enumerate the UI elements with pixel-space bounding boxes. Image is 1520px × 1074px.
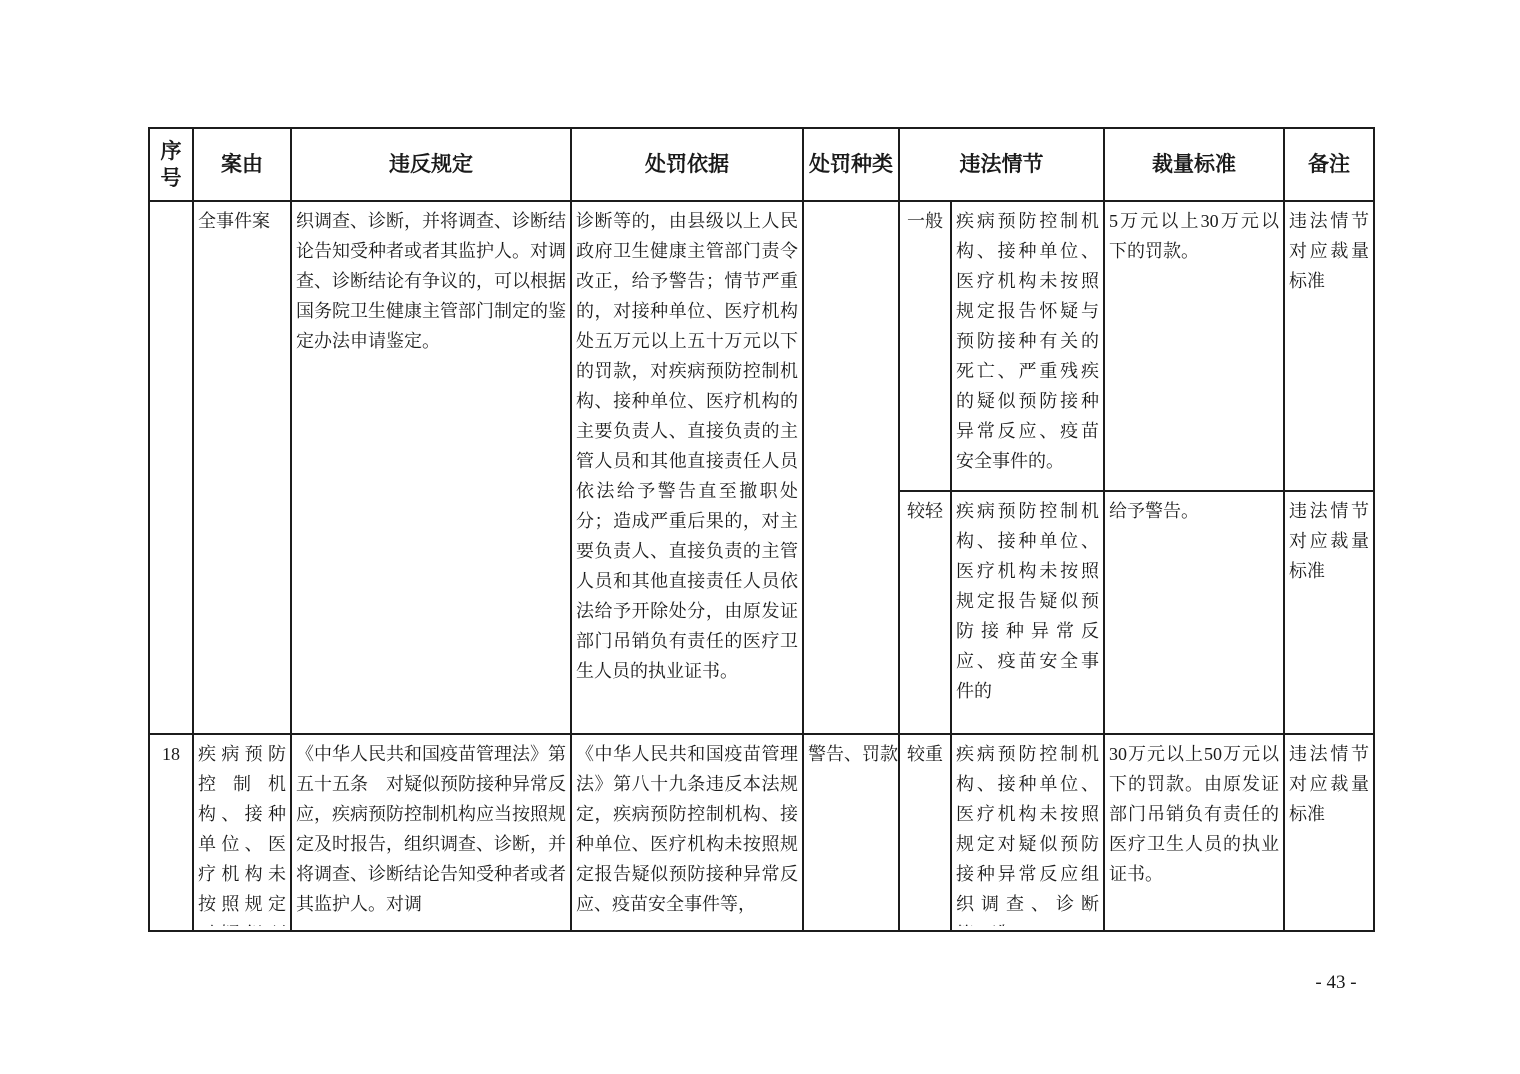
cell-penalty-type-r18: 警告、罚款 (803, 734, 899, 931)
cell-penalty-basis-r18: 《中华人民共和国疫苗管理法》第八十九条违反本法规定，疾病预防控制机构、接种单位、… (571, 734, 803, 931)
circumstance-text: 疾病预防控制机构、接种单位、医疗机构未按照规定对疑似预防接种异常反应组织调查、诊… (956, 739, 1099, 926)
col-header-penalty-basis: 处罚依据 (571, 128, 803, 201)
col-header-remarks: 备注 (1284, 128, 1374, 201)
cell-grade-r1a: 一般 (899, 201, 951, 491)
table-header-row: 序号 案由 违反规定 处罚依据 处罚种类 违法情节 裁量标准 备注 (149, 128, 1374, 201)
cell-serial-no-r18: 18 (149, 734, 193, 931)
cell-circumstance-r1a: 疾病预防控制机构、接种单位、医疗机构未按照规定报告怀疑与预防接种有关的死亡、严重… (951, 201, 1104, 491)
cell-circumstance-r18: 疾病预防控制机构、接种单位、医疗机构未按照规定对疑似预防接种异常反应组织调查、诊… (951, 734, 1104, 931)
cell-standard-r18: 30万元以上50万元以下的罚款。由原发证部门吊销负有责任的医疗卫生人员的执业证书… (1104, 734, 1284, 931)
table-row-continued-general: 全事件案 织调查、诊断，并将调查、诊断结论告知受种者或者其监护人。对调查、诊断结… (149, 201, 1374, 491)
cell-penalty-type-r1 (803, 201, 899, 734)
cell-violated-provision-r1: 织调查、诊断，并将调查、诊断结论告知受种者或者其监护人。对调查、诊断结论有争议的… (291, 201, 571, 734)
penalty-basis-text: 诊断等的，由县级以上人民政府卫生健康主管部门责令改正，给予警告；情节严重的，对接… (576, 206, 798, 686)
col-header-case-cause: 案由 (193, 128, 291, 201)
case-cause-text: 疾病预防控制机构、接种单位、医疗机构未按照规定对疑似预防接种 (198, 739, 286, 926)
cell-standard-r1a: 5万元以上30万元以下的罚款。 (1104, 201, 1284, 491)
penalty-basis-text: 《中华人民共和国疫苗管理法》第八十九条违反本法规定，疾病预防控制机构、接种单位、… (576, 739, 798, 919)
document-page: 序号 案由 违反规定 处罚依据 处罚种类 违法情节 裁量标准 备注 全事件案 织… (0, 0, 1520, 1074)
violated-provision-text: 《中华人民共和国疫苗管理法》第五十五条 对疑似预防接种异常反应，疾病预防控制机构… (296, 739, 566, 919)
table-row-18: 18 疾病预防控制机构、接种单位、医疗机构未按照规定对疑似预防接种 《中华人民共… (149, 734, 1374, 931)
col-header-penalty-type: 处罚种类 (803, 128, 899, 201)
cell-case-cause-r18: 疾病预防控制机构、接种单位、医疗机构未按照规定对疑似预防接种 (193, 734, 291, 931)
cell-remark-r1a: 违法情节对应裁量标准 (1284, 201, 1374, 491)
cell-serial-no-r1 (149, 201, 193, 734)
remark-text: 违法情节对应裁量标准 (1289, 496, 1369, 586)
col-header-discretion-standard: 裁量标准 (1104, 128, 1284, 201)
cell-remark-r1b: 违法情节对应裁量标准 (1284, 491, 1374, 734)
case-cause-text: 全事件案 (198, 206, 286, 236)
col-header-serial-no: 序号 (149, 128, 193, 201)
penalty-discretion-table: 序号 案由 违反规定 处罚依据 处罚种类 违法情节 裁量标准 备注 全事件案 织… (148, 127, 1375, 932)
violated-provision-text: 织调查、诊断，并将调查、诊断结论告知受种者或者其监护人。对调查、诊断结论有争议的… (296, 206, 566, 356)
cell-grade-r18: 较重 (899, 734, 951, 931)
standard-text: 给予警告。 (1109, 496, 1279, 526)
remark-text: 违法情节对应裁量标准 (1289, 739, 1369, 829)
cell-standard-r1b: 给予警告。 (1104, 491, 1284, 734)
circumstance-text: 疾病预防控制机构、接种单位、医疗机构未按照规定报告怀疑与预防接种有关的死亡、严重… (956, 206, 1099, 476)
cell-penalty-basis-r1: 诊断等的，由县级以上人民政府卫生健康主管部门责令改正，给予警告；情节严重的，对接… (571, 201, 803, 734)
standard-text: 30万元以上50万元以下的罚款。由原发证部门吊销负有责任的医疗卫生人员的执业证书… (1109, 739, 1279, 889)
cell-case-cause-r1: 全事件案 (193, 201, 291, 734)
page-number: - 43 - (1280, 970, 1392, 996)
remark-text: 违法情节对应裁量标准 (1289, 206, 1369, 296)
standard-text: 5万元以上30万元以下的罚款。 (1109, 206, 1279, 266)
col-header-violation-circumstances: 违法情节 (899, 128, 1104, 201)
cell-remark-r18: 违法情节对应裁量标准 (1284, 734, 1374, 931)
circumstance-text: 疾病预防控制机构、接种单位、医疗机构未按照规定报告疑似预防接种异常反应、疫苗安全… (956, 496, 1099, 706)
cell-grade-r1b: 较轻 (899, 491, 951, 734)
col-header-violated-provision: 违反规定 (291, 128, 571, 201)
cell-violated-provision-r18: 《中华人民共和国疫苗管理法》第五十五条 对疑似预防接种异常反应，疾病预防控制机构… (291, 734, 571, 931)
cell-circumstance-r1b: 疾病预防控制机构、接种单位、医疗机构未按照规定报告疑似预防接种异常反应、疫苗安全… (951, 491, 1104, 734)
